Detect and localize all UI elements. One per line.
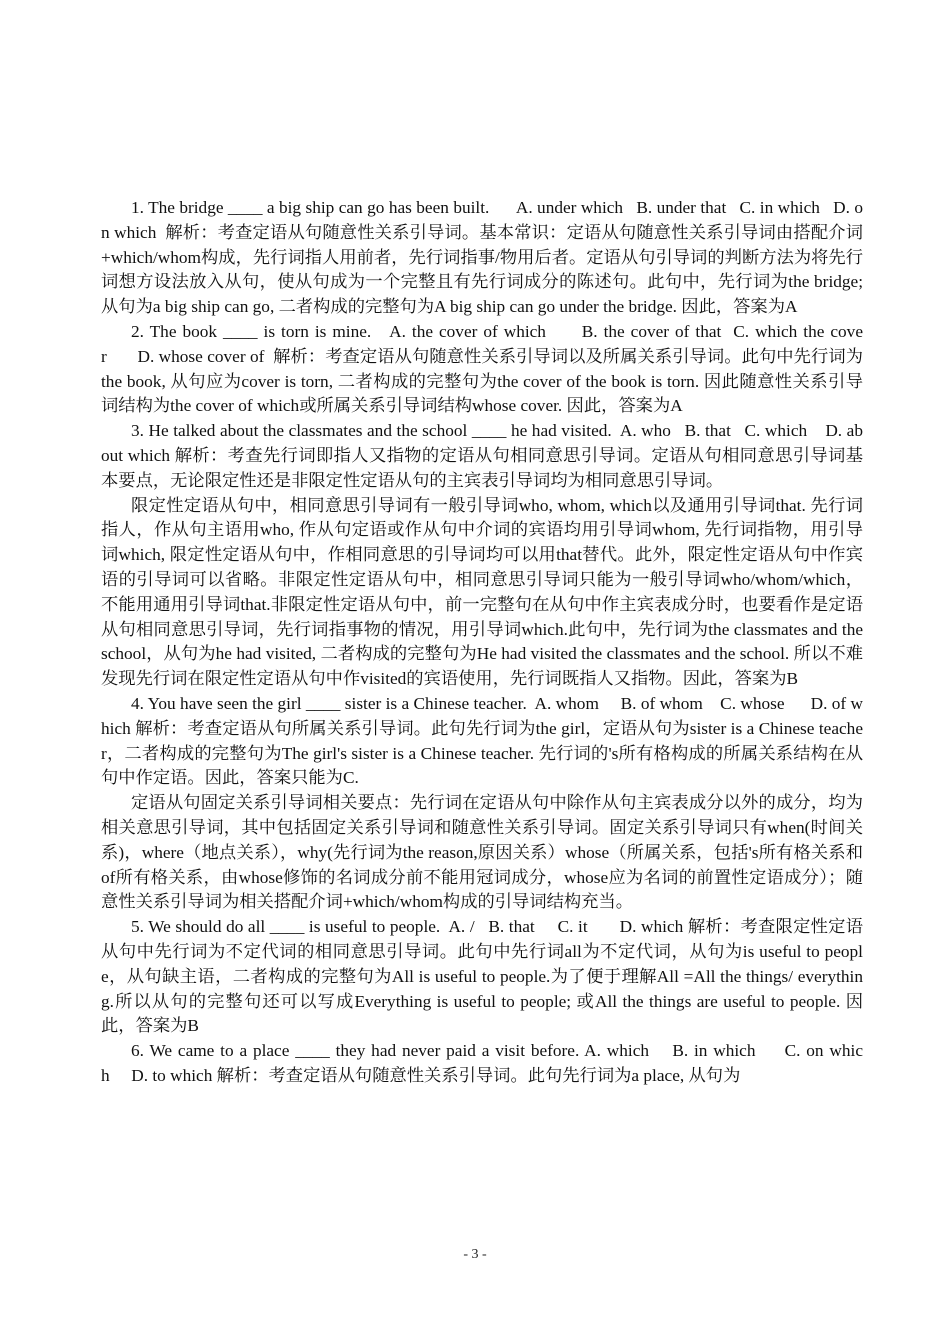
page-number: - 3 -	[0, 1247, 950, 1263]
question-5-paragraph: 5. We should do all ____ is useful to pe…	[101, 915, 863, 1039]
fixed-relative-notes-paragraph: 定语从句固定关系引导词相关要点：先行词在定语从句中除作从句主宾表成分以外的成分，…	[101, 791, 863, 915]
question-6-paragraph: 6. We came to a place ____ they had neve…	[101, 1039, 863, 1089]
document-page: 1. The bridge ____ a big ship can go has…	[101, 196, 863, 1089]
restrictive-clause-notes-paragraph: 限定性定语从句中，相同意思引导词有一般引导词who, whom, which以及…	[101, 494, 863, 692]
question-1-paragraph: 1. The bridge ____ a big ship can go has…	[101, 196, 863, 320]
question-4-paragraph: 4. You have seen the girl ____ sister is…	[101, 692, 863, 791]
question-2-paragraph: 2. The book ____ is torn is mine. A. the…	[101, 320, 863, 419]
question-3-paragraph: 3. He talked about the classmates and th…	[101, 419, 863, 493]
